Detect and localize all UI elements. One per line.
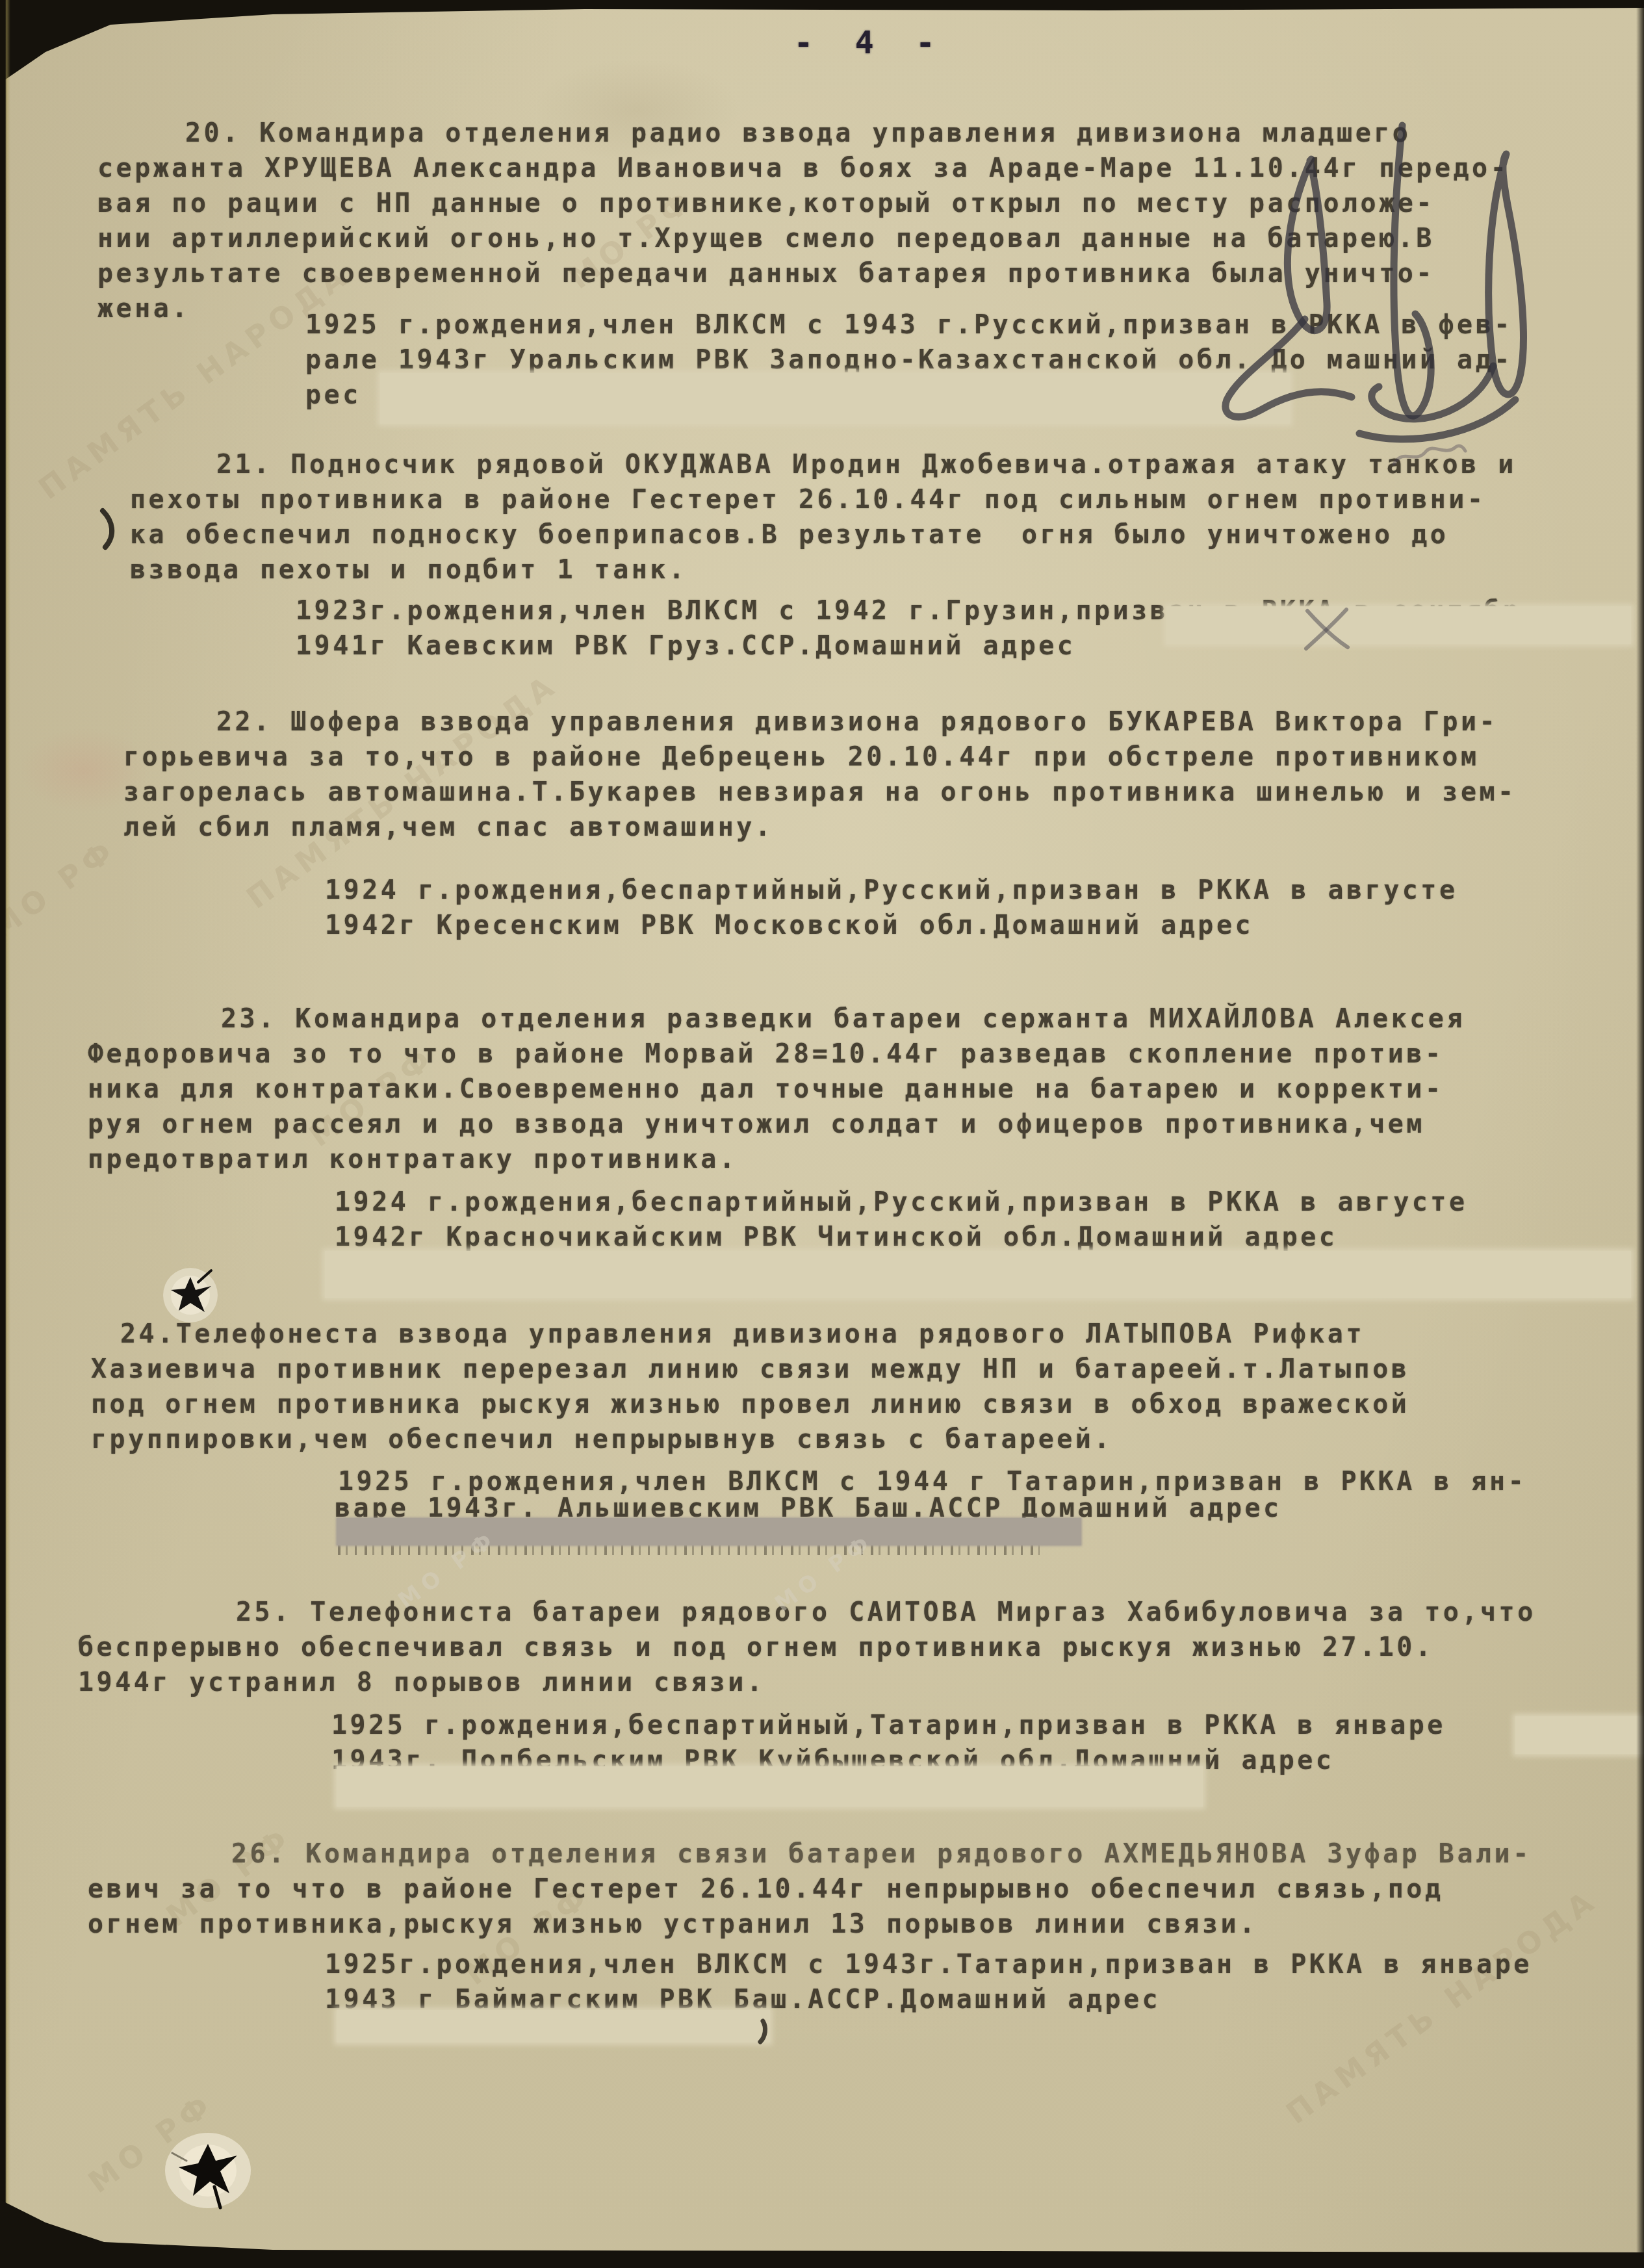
text-line: 1924 г.рождения,беспартийный,Русский,при… — [335, 1187, 1468, 1217]
pencil-squiggle — [1391, 442, 1469, 474]
handwritten-tick-mark — [96, 507, 122, 552]
scan-edge-right — [1636, 0, 1644, 2268]
ink-mark — [754, 2018, 773, 2044]
text-line: предотвратил контратаку противника. — [88, 1144, 738, 1174]
text-line: беспрерывно обеспечивал связь и под огне… — [78, 1632, 1434, 1662]
watermark-text: ПАМЯТЬ НАРОДА — [1279, 1881, 1604, 2131]
redacted-address-block-gray — [337, 1518, 1081, 1545]
redacted-address-block — [337, 2010, 770, 2042]
text-line: евич за то что в районе Гестерет 26.10.4… — [88, 1874, 1444, 1904]
text-line: 1941г Каевским РВК Груз.ССР.Домашний адр… — [296, 631, 1075, 661]
scan-edge-left — [0, 0, 10, 2268]
text-line: загорелась автомашина.Т.Букарев невзирая… — [123, 777, 1517, 807]
text-line: 22. Шофера взвода управления дивизиона р… — [216, 707, 1498, 737]
redacted-address-block — [380, 373, 1290, 424]
text-line: 1942г Кресенским РВК Московской обл.Дома… — [325, 910, 1253, 940]
text-line: 26. Командира отделения связи батареи ря… — [231, 1839, 1532, 1869]
text-line: Хазиевича противник перерезал линию связ… — [91, 1354, 1409, 1384]
redacted-address-block — [1515, 1716, 1644, 1754]
text-line: взвода пехоты и подбит 1 танк. — [130, 555, 687, 585]
text-line: 1944г устранил 8 порывов линии связи. — [78, 1668, 765, 1697]
text-line: огнем противника,рыскуя жизнью устранил … — [88, 1909, 1258, 1939]
scan-edge-top — [0, 0, 1644, 91]
text-line: под огнем противника рыскуя жизнью прове… — [91, 1389, 1409, 1419]
text-line: 1942г Красночикайским РВК Читинской обл.… — [335, 1222, 1337, 1252]
text-line: группировки,чем обеспечил непрырывнув св… — [91, 1424, 1112, 1454]
text-line: 23. Командира отделения разведки батареи… — [221, 1004, 1465, 1034]
text-line: 1925 г.рождения,беспартийный,Татарин,при… — [331, 1710, 1446, 1740]
text-line: ка обеспечил подноску боеприпасов.В резу… — [130, 520, 1448, 550]
text-line: 1925г.рождения,член ВЛКСМ с 1943г.Татари… — [325, 1950, 1532, 1979]
punch-hole — [151, 1256, 229, 1334]
redacted-address-block — [337, 1766, 1203, 1807]
text-line: горьевича за то,что в районе Дебрецень 2… — [123, 742, 1480, 772]
text-line: лей сбил пламя,чем спас автомашину. — [123, 812, 773, 842]
text-line: руя огнем рассеял и до взвода уничтожил … — [88, 1109, 1425, 1139]
scanned-document-page: ПАМЯТЬ НАРОДА МО РФ ПАМЯТЬ НАРОДА МО РФ … — [0, 0, 1644, 2268]
handwritten-pencil-scribble — [1196, 114, 1547, 491]
redacted-address-block — [1166, 606, 1631, 644]
watermark-text: МО РФ — [0, 831, 123, 946]
text-line: 24.Телефонеста взвода управления дивизио… — [120, 1319, 1365, 1349]
text-line: 1925 г.рождения,член ВЛКСМ с 1944 г Тата… — [338, 1467, 1526, 1497]
text-line: 25. Телефониста батареи рядового САИТОВА… — [236, 1597, 1536, 1627]
redacted-address-block — [325, 1251, 1631, 1298]
text-line: жена. — [97, 294, 190, 324]
cut-off-text-remnant — [338, 1545, 1040, 1555]
text-line: 1924 г.рождения,беспартийный,Русский,при… — [325, 875, 1458, 905]
text-line: ника для контратаки.Своевременно дал точ… — [88, 1074, 1444, 1104]
scan-edge-bottom — [0, 2184, 1644, 2268]
text-line: Федоровича зо то что в районе Морвай 28=… — [88, 1039, 1444, 1069]
handwritten-x-mark — [1300, 604, 1358, 656]
